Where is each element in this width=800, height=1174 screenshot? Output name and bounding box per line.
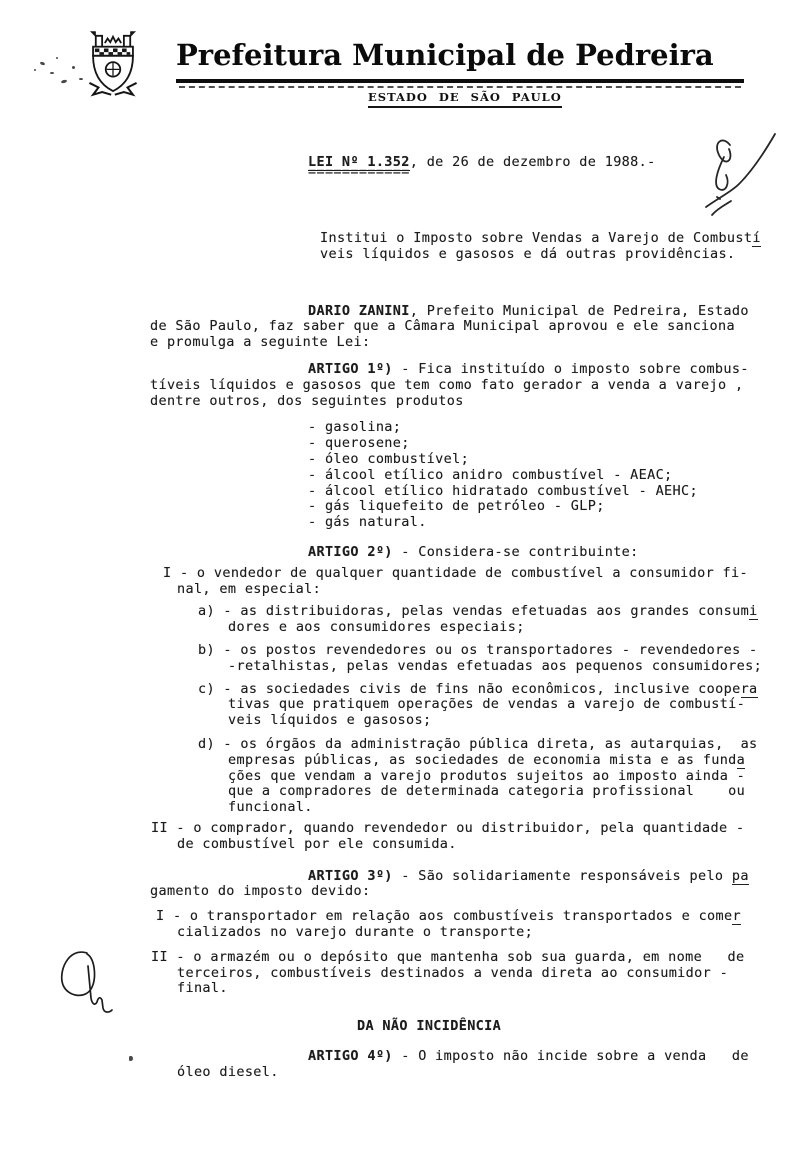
article-2-item-II-line: II - o comprador, quando revendedor ou d… — [151, 821, 782, 837]
article-2-item-I-line: I - o vendedor de qualquer quantidade de… — [163, 566, 782, 582]
ink-smudge — [34, 69, 36, 71]
ink-smudge — [72, 66, 75, 69]
letterhead-rule — [176, 79, 744, 83]
ementa: Institui o Imposto sobre Vendas a Varejo… — [320, 231, 782, 263]
article-3-item-II-line: II - o armazém ou o depósito que mantenh… — [151, 950, 782, 966]
letterhead-rule-echo — [179, 86, 741, 88]
article-3-item-I-line: cializados no varejo durante o transport… — [177, 925, 782, 941]
article-2-item-I-b: b) - os postos revendedores ou os transp… — [150, 643, 782, 675]
article-2-item-I-d-line: d) - os órgãos da administração pública … — [198, 737, 782, 753]
article-3-item-II-line: terceiros, combustíveis destinados a ven… — [177, 966, 782, 982]
section-heading-da-nao-incidencia: DA NÃO INCIDÊNCIA — [150, 1019, 782, 1035]
product-list-line: - gás liquefeito de petróleo - GLP; — [308, 499, 782, 515]
article-3-item-II: II - o armazém ou o depósito que mantenh… — [150, 950, 782, 997]
preamble-line: de São Paulo, faz saber que a Câmara Mun… — [150, 319, 782, 335]
article-2-item-I-a-line: dores e aos consumidores especiais; — [228, 620, 782, 636]
letterhead-title: Prefeitura Municipal de Pedreira — [176, 38, 714, 72]
article-2-item-I-d-line: funcional. — [228, 800, 782, 816]
product-list-line: - óleo combustível; — [308, 452, 782, 468]
ink-smudge — [50, 72, 54, 74]
article-2-item-II-line: de combustível por ele consumida. — [177, 837, 782, 853]
article-2-item-I-d: d) - os órgãos da administração pública … — [150, 737, 782, 816]
article-2-item-I-d-line: que a compradores de determinada categor… — [228, 784, 782, 800]
article-2-item-I-line: nal, em especial: — [177, 582, 782, 598]
preamble: DARIO ZANINI, Prefeito Municipal de Pedr… — [150, 304, 782, 351]
article-2-item-I: I - o vendedor de qualquer quantidade de… — [150, 566, 782, 598]
product-list-line: - querosene; — [308, 436, 782, 452]
article-1-line: tíveis líquidos e gasosos que tem como f… — [150, 378, 782, 394]
article-2: ARTIGO 2º) - Considera-se contribuinte: — [150, 545, 782, 561]
article-2-item-I-b-line: -retalhistas, pelas vendas efetuadas aos… — [228, 659, 782, 675]
ink-smudge — [40, 61, 46, 66]
article-3-item-I: I - o transportador em relação aos combu… — [150, 909, 782, 941]
handwritten-loop-mark — [54, 946, 116, 1020]
article-3-line: ARTIGO 3º) - São solidariamente responsá… — [308, 869, 782, 885]
article-2-item-I-c-line: veis líquidos e gasosos; — [228, 713, 782, 729]
article-1: ARTIGO 1º) - Fica instituído o imposto s… — [150, 362, 782, 409]
article-3-item-II-line: final. — [177, 981, 782, 997]
article-2-item-I-c: c) - as sociedades civis de fins não eco… — [150, 682, 782, 729]
document-content: LEI Nº 1.352, de 26 de dezembro de 1988.… — [150, 155, 782, 1081]
article-2-item-I-b-line: b) - os postos revendedores ou os transp… — [198, 643, 782, 659]
article-1-line: dentre outros, dos seguintes produtos — [150, 394, 782, 410]
product-list-line: - álcool etílico anidro combustível - AE… — [308, 468, 782, 484]
article-3: ARTIGO 3º) - São solidariamente responsá… — [150, 869, 782, 901]
article-4-line: ARTIGO 4º) - O imposto não incide sobre … — [308, 1049, 782, 1065]
product-list-line: - gasolina; — [308, 420, 782, 436]
article-1-line: ARTIGO 1º) - Fica instituído o imposto s… — [308, 362, 782, 378]
scanned-law-document-page: Prefeitura Municipal de Pedreira ESTADO … — [0, 0, 800, 1174]
product-list: - gasolina;- querosene;- óleo combustíve… — [150, 420, 782, 531]
ink-smudge — [61, 79, 68, 83]
article-2-item-I-d-line: empresas públicas, as sociedades de econ… — [228, 753, 782, 769]
product-list-line: - gás natural. — [308, 515, 782, 531]
article-2-item-I-a-line: a) - as distribuidoras, pelas vendas efe… — [198, 604, 782, 620]
municipal-coat-of-arms-icon — [84, 26, 142, 100]
article-2-item-I-c-line: tivas que pratiquem operações de vendas … — [228, 697, 782, 713]
article-3-line: gamento do imposto devido: — [150, 884, 782, 900]
article-3-item-I-line: I - o transportador em relação aos combu… — [156, 909, 782, 925]
ink-speck — [129, 1056, 133, 1061]
ementa-line: veis líquidos e gasosos e dá outras prov… — [320, 247, 782, 263]
ementa-line: Institui o Imposto sobre Vendas a Varejo… — [320, 231, 782, 247]
preamble-line: e promulga a seguinte Lei: — [150, 335, 782, 351]
article-2-item-I-d-line: ções que vendam a varejo produtos sujeit… — [228, 769, 782, 785]
article-4: ARTIGO 4º) - O imposto não incide sobre … — [150, 1049, 782, 1081]
ink-smudge — [79, 78, 83, 80]
ink-smudge — [56, 57, 58, 59]
article-4-line: óleo diesel. — [177, 1065, 782, 1081]
section-heading-da-nao-incidencia-line: DA NÃO INCIDÊNCIA — [357, 1019, 782, 1035]
article-2-item-II: II - o comprador, quando revendedor ou d… — [150, 821, 782, 853]
law-title: LEI Nº 1.352, de 26 de dezembro de 1988.… — [150, 155, 782, 181]
letterhead-subtitle: ESTADO DE SÃO PAULO — [368, 90, 562, 108]
article-2-line: ARTIGO 2º) - Considera-se contribuinte: — [308, 545, 782, 561]
article-2-item-I-a: a) - as distribuidoras, pelas vendas efe… — [150, 604, 782, 636]
